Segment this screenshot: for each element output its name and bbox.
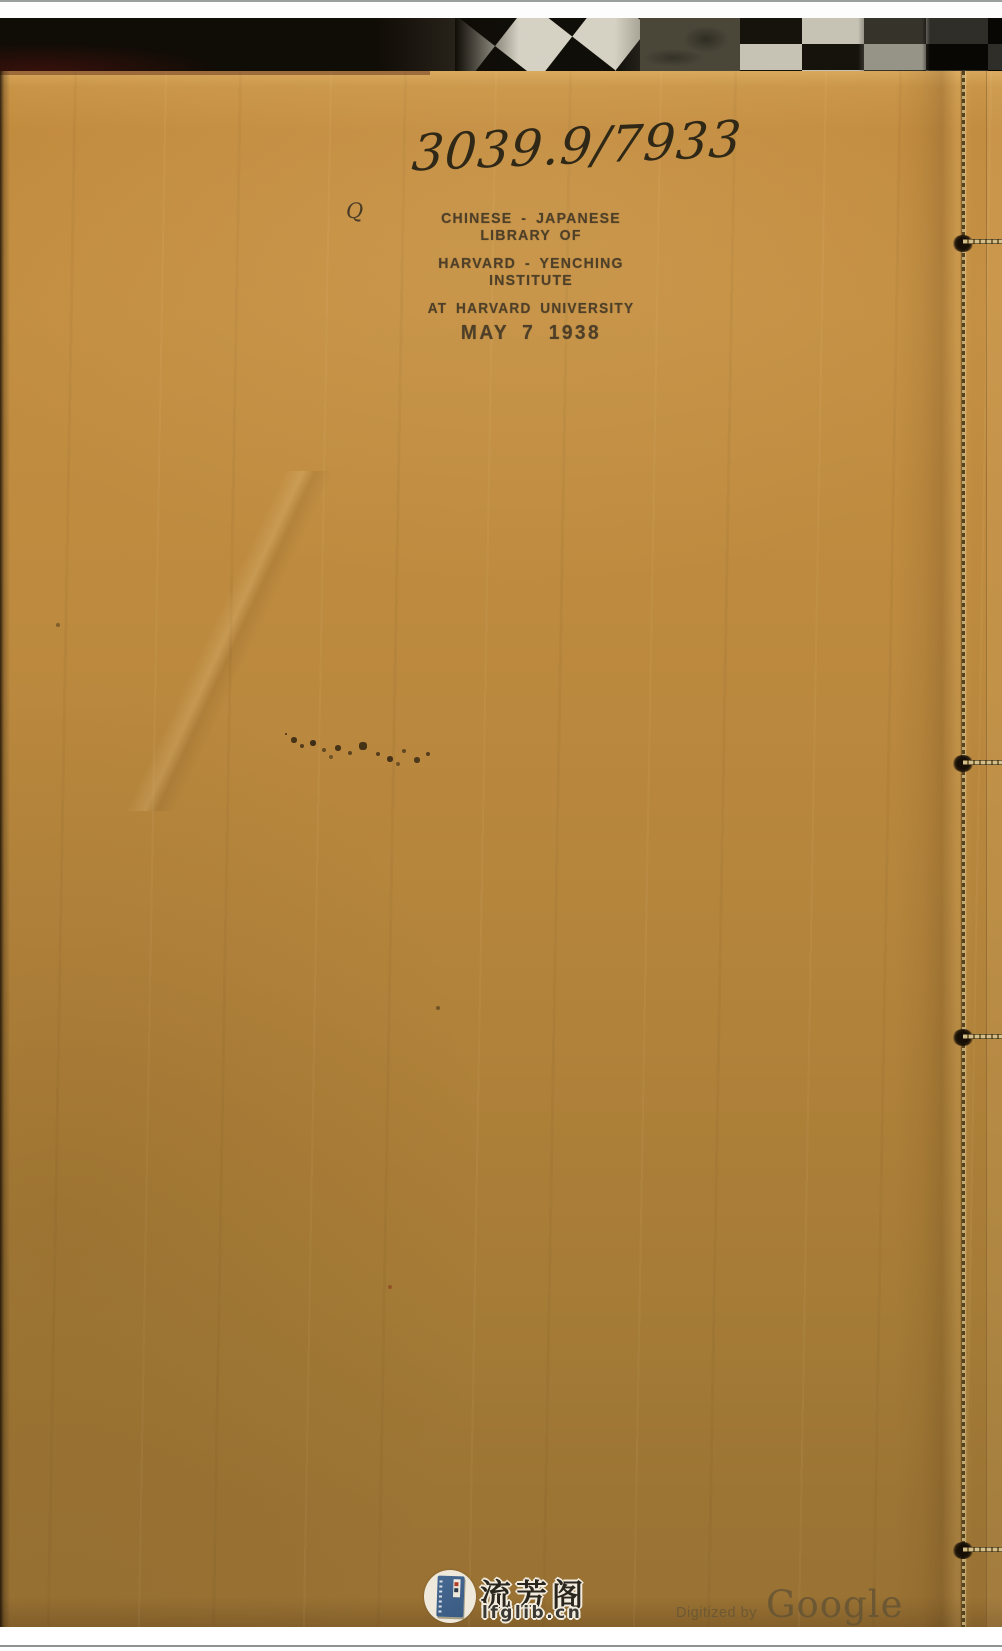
binding-thread-vertical — [962, 71, 965, 1627]
scanned-book-cover-page: 3039.9/7933 Q CHINESE - JAPANESE LIBRARY… — [0, 0, 1002, 1651]
stitch-thread — [963, 760, 1002, 765]
checkerboard-shading — [740, 18, 1002, 71]
watermark-site-url: lfglib.cn — [482, 1603, 582, 1623]
scan-bottom-margin — [0, 1627, 1002, 1651]
stitch-thread — [963, 239, 1002, 244]
scan-bottom-edge-line — [0, 1645, 1002, 1647]
scanner-calibration-band — [0, 18, 1002, 71]
scan-top-margin — [0, 2, 1002, 18]
calibration-checkerboard-target — [740, 18, 1002, 71]
q-annotation: Q — [346, 199, 363, 223]
digitized-by-label: Digitized by — [676, 1605, 757, 1621]
google-logo: Google — [766, 1583, 904, 1626]
handwritten-call-number: 3039.9/7933 — [410, 111, 754, 181]
calibration-olive-segment — [640, 18, 750, 71]
book-icon-title-label — [453, 1579, 461, 1597]
paper-specks — [0, 71, 2, 73]
stamp-line-university: AT HARVARD UNIVERSITY — [414, 301, 649, 317]
stamp-date: MAY 7 1938 — [411, 322, 651, 344]
ink-speckle-smudge — [285, 733, 287, 735]
cover-left-edge-shadow — [0, 71, 10, 1627]
stamp-line-institute: HARVARD - YENCHING INSTITUTE — [414, 255, 649, 289]
lfglib-watermark: 流芳阁 lfglib.cn — [424, 1570, 684, 1630]
book-cover: 3039.9/7933 Q CHINESE - JAPANESE LIBRARY… — [0, 71, 1002, 1627]
google-attribution: Digitized by Google — [676, 1583, 903, 1626]
stamp-line-library-of: CHINESE - JAPANESE LIBRARY OF — [414, 210, 649, 244]
book-icon-stitches — [438, 1578, 442, 1615]
thread-bound-book-icon — [436, 1576, 464, 1618]
library-stamp: CHINESE - JAPANESE LIBRARY OF HARVARD - … — [406, 210, 656, 344]
stitch-thread — [963, 1547, 1002, 1552]
calibration-dark-segment — [0, 18, 470, 71]
cover-top-shadow — [0, 71, 430, 75]
watermark-circle — [424, 1570, 476, 1623]
cover-right-edge — [986, 71, 1002, 1627]
stitch-thread — [963, 1034, 1002, 1039]
